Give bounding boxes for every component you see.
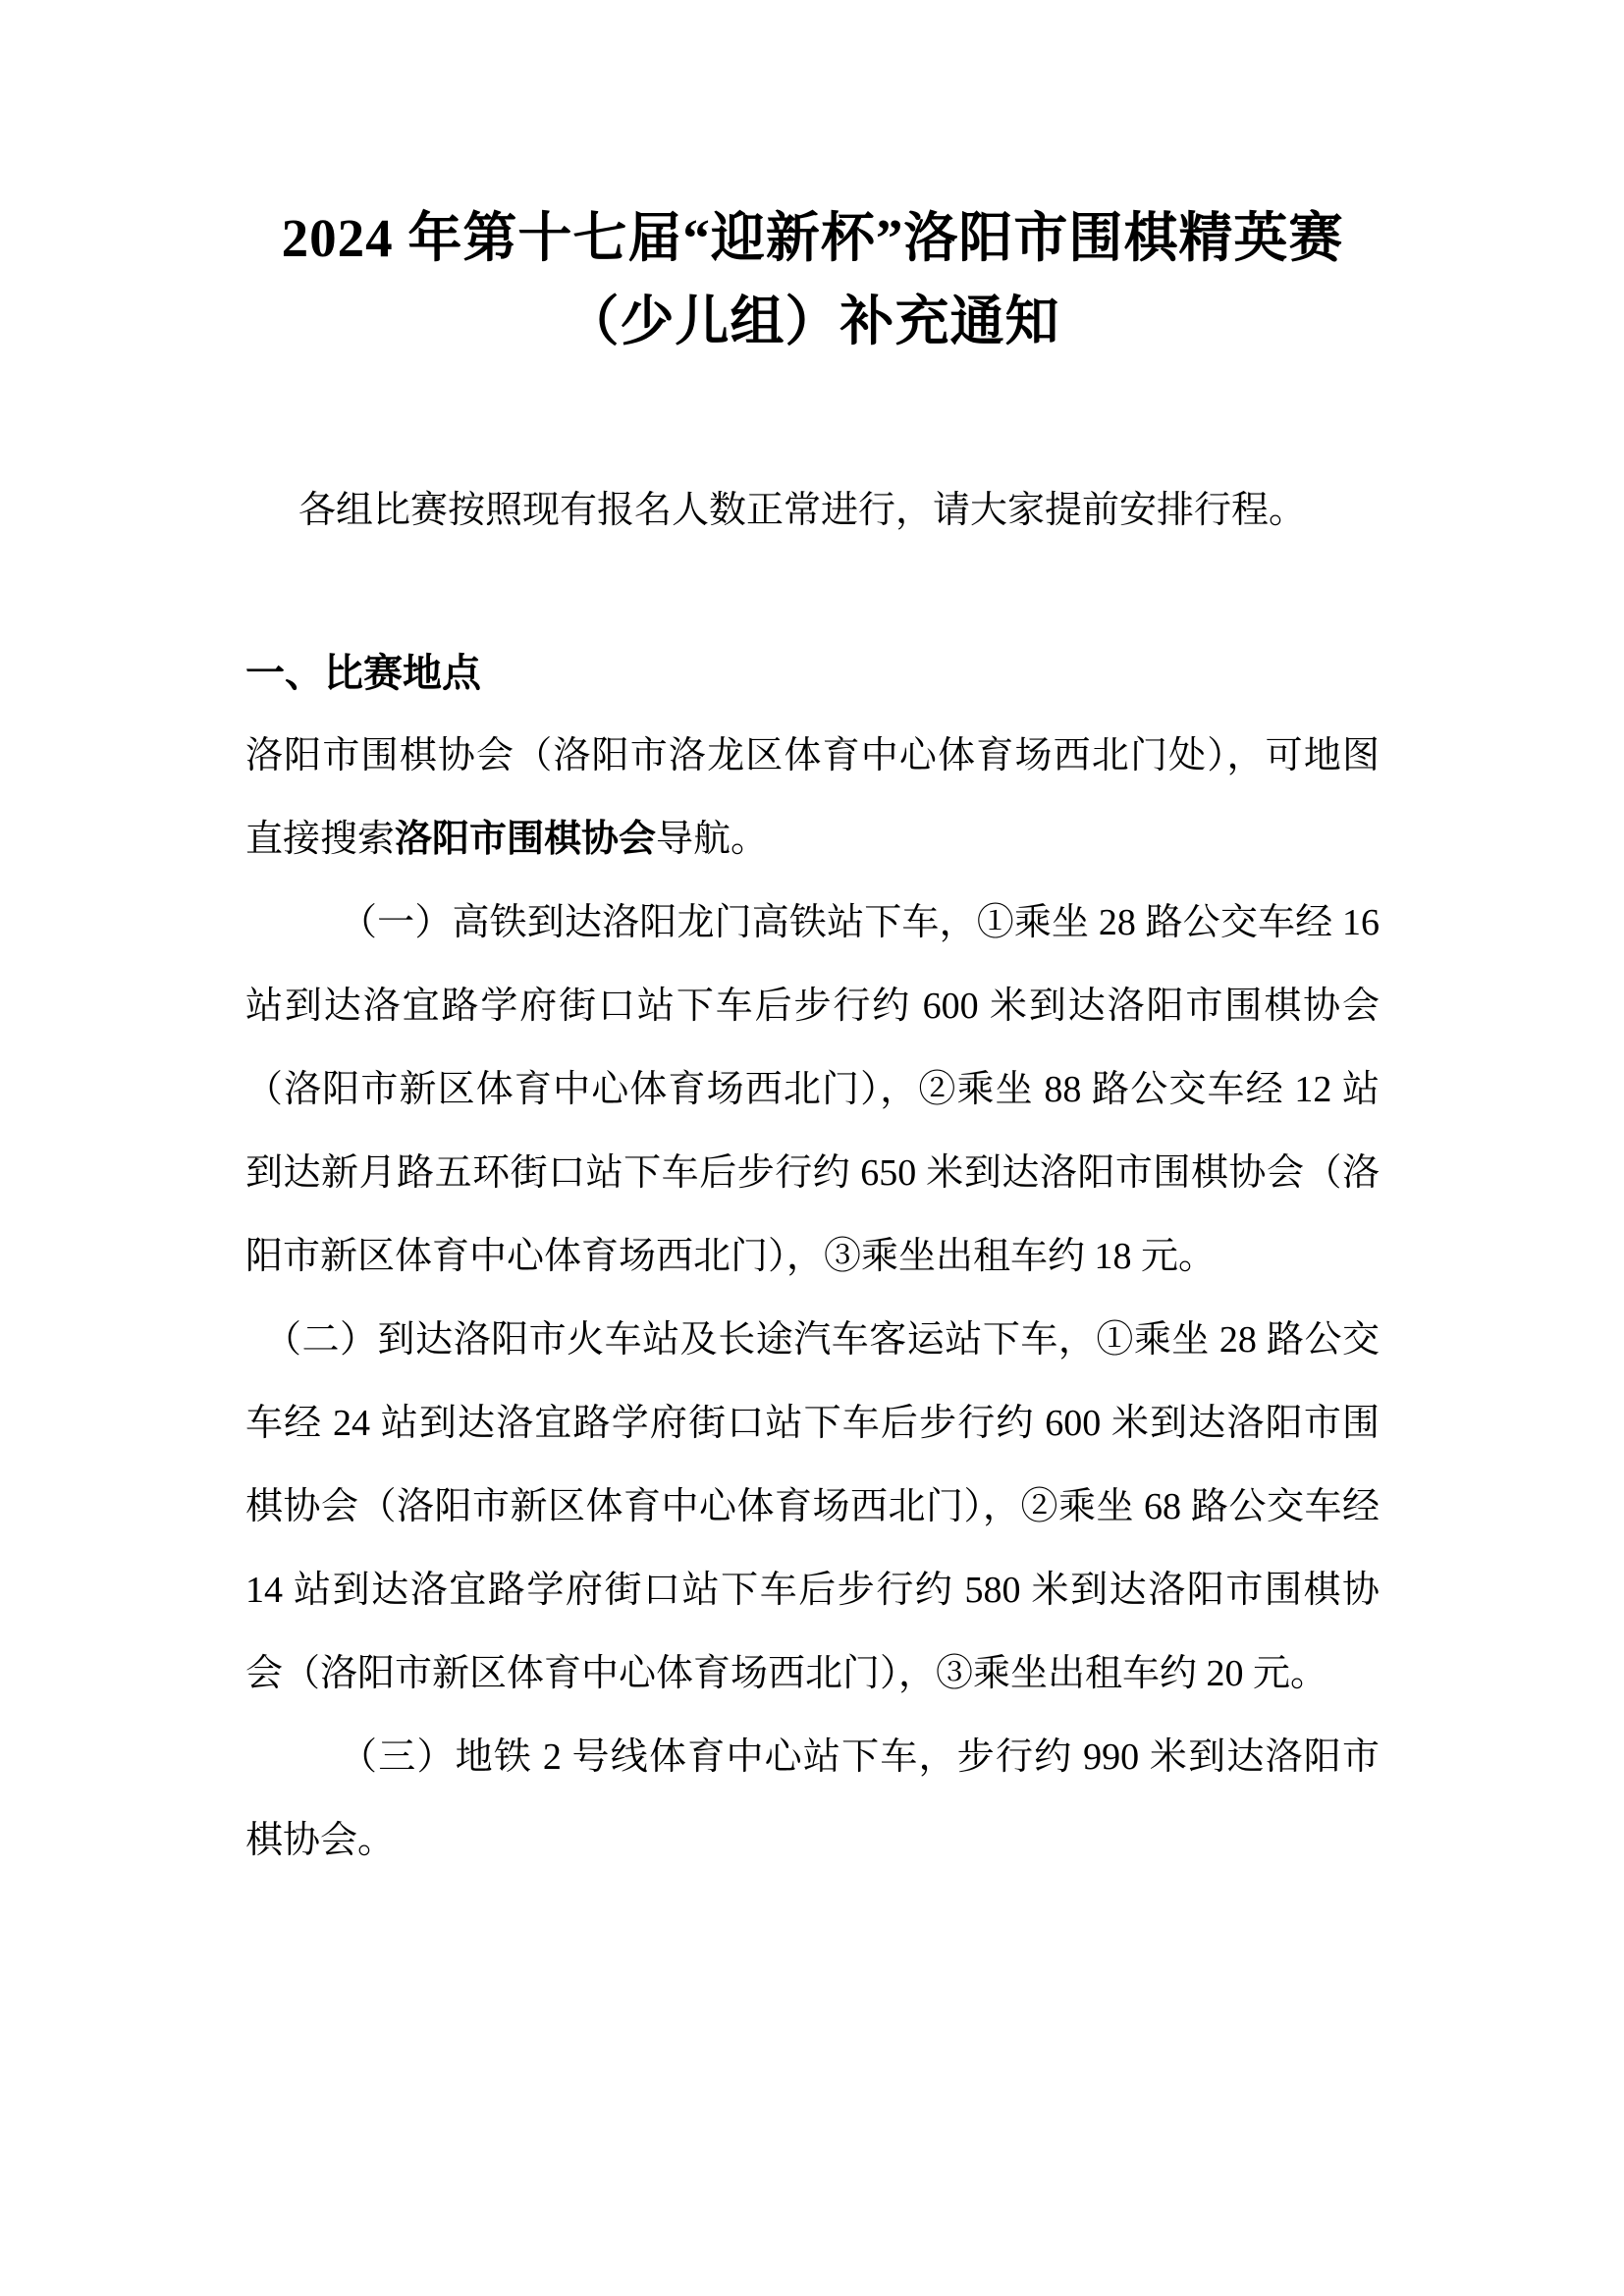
- text-line: 洛阳市围棋协会（洛阳市洛龙区体育中心体育场西北门处），可地图: [245, 715, 1380, 798]
- text-line: （一）高铁到达洛阳龙门高铁站下车，①乘坐 28 路公交车经 16: [245, 881, 1380, 965]
- title-line-1: 2024 年第十七届“迎新杯”洛阳市围棋精英赛: [245, 196, 1380, 280]
- text-line: （三）地铁 2 号线体育中心站下车，步行约 990 米到达洛阳市围: [245, 1716, 1380, 1799]
- text-line: 会（洛阳市新区体育中心体育场西北门），③乘坐出租车约 20 元。: [245, 1632, 1380, 1716]
- text-line: 棋协会。: [245, 1799, 1380, 1883]
- text-line: 棋协会（洛阳市新区体育中心体育场西北门），②乘坐 68 路公交车经: [245, 1466, 1380, 1549]
- route-1-paragraph: （一）高铁到达洛阳龙门高铁站下车，①乘坐 28 路公交车经 16 站到达洛宜路学…: [245, 881, 1380, 1299]
- document-title: 2024 年第十七届“迎新杯”洛阳市围棋精英赛 （少儿组）补充通知: [245, 0, 1380, 363]
- text-line: （洛阳市新区体育中心体育场西北门），②乘坐 88 路公交车经 12 站: [245, 1048, 1380, 1132]
- document-content: 2024 年第十七届“迎新杯”洛阳市围棋精英赛 （少儿组）补充通知 各组比赛按照…: [0, 0, 1624, 1883]
- text-line: （二）到达洛阳市火车站及长途汽车客运站下车，①乘坐 28 路公交: [245, 1299, 1380, 1382]
- text-line: 直接搜索洛阳市围棋协会导航。: [245, 798, 1380, 881]
- text-line: 14 站到达洛宜路学府街口站下车后步行约 580 米到达洛阳市围棋协: [245, 1549, 1380, 1632]
- page: 2024 年第十七届“迎新杯”洛阳市围棋精英赛 （少儿组）补充通知 各组比赛按照…: [0, 0, 1624, 2296]
- venue-paragraph: 洛阳市围棋协会（洛阳市洛龙区体育中心体育场西北门处），可地图 直接搜索洛阳市围棋…: [245, 715, 1380, 881]
- intro-paragraph: 各组比赛按照现有报名人数正常进行，请大家提前安排行程。: [245, 469, 1380, 553]
- title-line-2: （少儿组）补充通知: [245, 280, 1380, 363]
- route-3-paragraph: （三）地铁 2 号线体育中心站下车，步行约 990 米到达洛阳市围 棋协会。: [245, 1716, 1380, 1883]
- text-line: 到达新月路五环街口站下车后步行约 650 米到达洛阳市围棋协会（洛: [245, 1132, 1380, 1215]
- route-2-paragraph: （二）到达洛阳市火车站及长途汽车客运站下车，①乘坐 28 路公交 车经 24 站…: [245, 1299, 1380, 1716]
- text-line: 车经 24 站到达洛宜路学府街口站下车后步行约 600 米到达洛阳市围: [245, 1382, 1380, 1466]
- text-line: 站到达洛宜路学府街口站下车后步行约 600 米到达洛阳市围棋协会: [245, 965, 1380, 1048]
- venue-name-bold: 洛阳市围棋协会: [395, 819, 656, 860]
- text-line: 阳市新区体育中心体育场西北门），③乘坐出租车约 18 元。: [245, 1215, 1380, 1299]
- section-1-body: 洛阳市围棋协会（洛阳市洛龙区体育中心体育场西北门处），可地图 直接搜索洛阳市围棋…: [245, 715, 1380, 1883]
- section-1-heading: 一、比赛地点: [245, 631, 1380, 715]
- venue-search-prefix: 直接搜索: [245, 819, 395, 860]
- venue-search-suffix: 导航。: [656, 819, 768, 860]
